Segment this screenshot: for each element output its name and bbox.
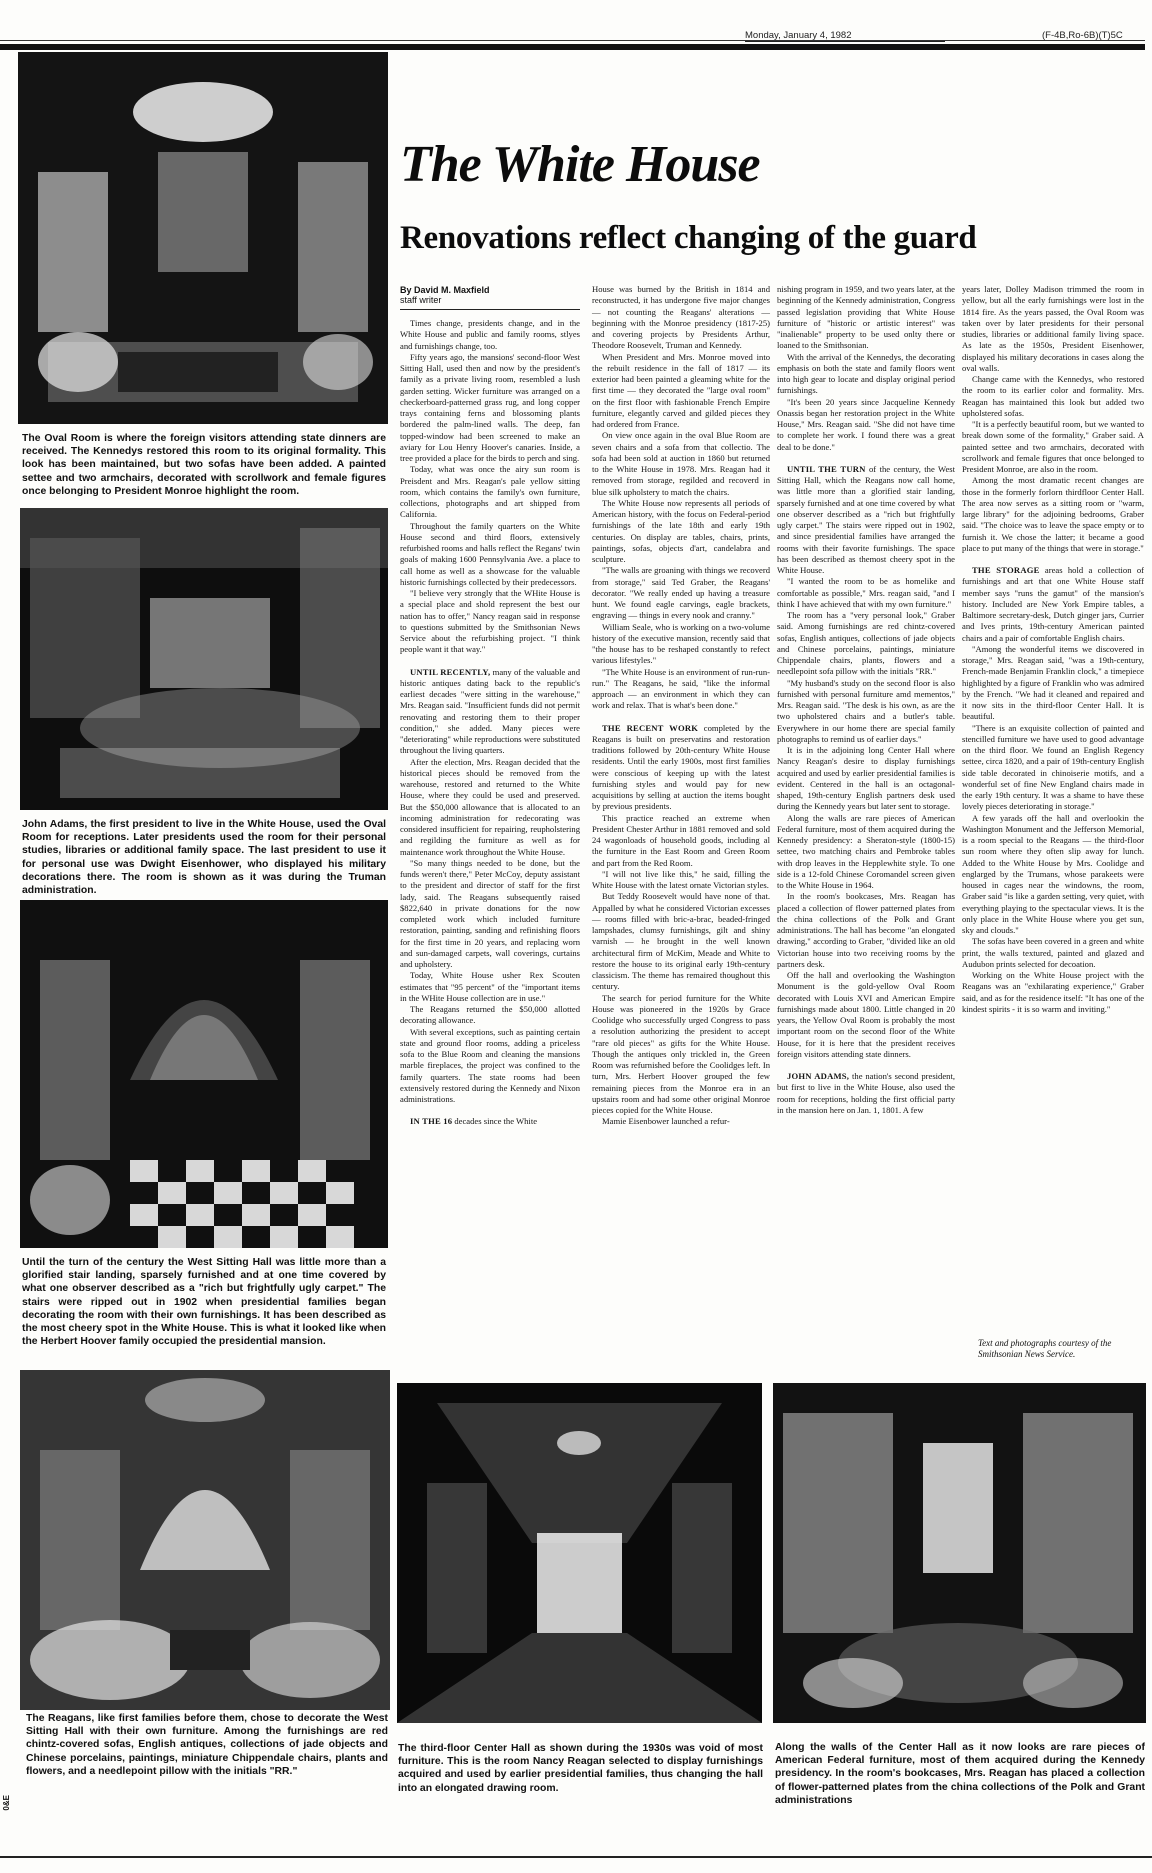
paragraph-text: After the election, Mrs. Reagan decided … bbox=[400, 757, 580, 857]
paragraph-text: Today, White House usher Rex Scouten est… bbox=[400, 970, 580, 1003]
article-paragraph: Today, White House usher Rex Scouten est… bbox=[400, 970, 580, 1004]
article-paragraph: The room has a "very personal look," Gra… bbox=[777, 610, 955, 678]
article-paragraph: JOHN ADAMS, the nation's second presiden… bbox=[777, 1071, 955, 1116]
article-paragraph: William Seale, who is working on a two-v… bbox=[592, 622, 770, 667]
masthead: Monday, January 4, 1982 (F-4B,Ro-6B)(T)5… bbox=[0, 0, 1152, 52]
article-paragraph: "Among the wonderful items we discovered… bbox=[962, 644, 1144, 723]
article-column-4: years later, Dolley Madison trimmed the … bbox=[962, 284, 1144, 1015]
article-paragraph: "It is a perfectly beautiful room, but w… bbox=[962, 419, 1144, 475]
paragraph-text: Today, what was once the airy sun room i… bbox=[400, 464, 580, 519]
article-paragraph: House was burned by the British in 1814 … bbox=[592, 284, 770, 352]
photo-oval-room-now-image bbox=[18, 52, 388, 424]
side-mark: 0&E bbox=[2, 1795, 11, 1811]
article-paragraph: Throughout the family quarters on the Wh… bbox=[400, 521, 580, 589]
article-paragraph: Off the hall and overlooking the Washing… bbox=[777, 970, 955, 1060]
article-paragraph: UNTIL RECENTLY, many of the valuable and… bbox=[400, 667, 580, 757]
caption-west-sitting-hall-reagan: The Reagans, like first families before … bbox=[26, 1712, 388, 1778]
photo-west-sitting-hall-hoover bbox=[20, 900, 388, 1248]
paragraph-text: House was burned by the British in 1814 … bbox=[592, 284, 770, 350]
article-paragraph: THE STORAGE areas hold a collection of f… bbox=[962, 565, 1144, 644]
bottom-rule bbox=[0, 1856, 1152, 1858]
paragraph-text: In the room's bookcases, Mrs. Reagan has… bbox=[777, 891, 955, 969]
article-paragraph: Working on the White House project with … bbox=[962, 970, 1144, 1015]
section-lead-in: UNTIL RECENTLY, bbox=[410, 667, 490, 677]
deck: Renovations reflect changing of the guar… bbox=[400, 220, 976, 257]
article-paragraph: With several exceptions, such as paintin… bbox=[400, 1027, 580, 1106]
paragraph-text: The search for period furniture for the … bbox=[592, 993, 770, 1116]
byline: By David M. Maxfield staff writer bbox=[400, 285, 580, 310]
caption-oval-room-truman: John Adams, the first president to live … bbox=[22, 818, 386, 897]
caption-oval-room-now: The Oval Room is where the foreign visit… bbox=[22, 432, 386, 498]
paragraph-text: "It is a perfectly beautiful room, but w… bbox=[962, 419, 1144, 474]
article-paragraph: After the election, Mrs. Reagan decided … bbox=[400, 757, 580, 858]
article-paragraph: It is in the adjoining long Center Hall … bbox=[777, 745, 955, 813]
paragraph-text: "My husband's study on the second floor … bbox=[777, 678, 955, 744]
section-lead-in: JOHN ADAMS, bbox=[787, 1071, 849, 1081]
paragraph-text: On view once again in the oval Blue Room… bbox=[592, 430, 770, 496]
photo-center-hall-now-image bbox=[773, 1383, 1146, 1723]
byline-role: staff writer bbox=[400, 295, 441, 305]
photo-oval-room-truman-image bbox=[20, 508, 388, 810]
article-paragraph: Mamie Eisenbower launched a refur- bbox=[592, 1116, 770, 1127]
caption-center-hall-now: Along the walls of the Center Hall as it… bbox=[775, 1741, 1145, 1807]
paragraph-text: Mamie Eisenbower launched a refur- bbox=[602, 1116, 730, 1126]
article-paragraph: A few yarads off the hall and overlookin… bbox=[962, 813, 1144, 937]
article-paragraph: This practice reached an extreme when Pr… bbox=[592, 813, 770, 869]
paragraph-text: The Reagans returned the $50,000 allotte… bbox=[400, 1004, 580, 1025]
paragraph-text: years later, Dolley Madison trimmed the … bbox=[962, 284, 1144, 373]
paragraph-text: When President and Mrs. Monroe moved int… bbox=[592, 352, 770, 430]
paragraph-text: Off the hall and overlooking the Washing… bbox=[777, 970, 955, 1059]
article-paragraph: "My husband's study on the second floor … bbox=[777, 678, 955, 746]
article-paragraph: "The walls are groaning with things we r… bbox=[592, 565, 770, 621]
article-paragraph: "I will not live like this," he said, fi… bbox=[592, 869, 770, 892]
paragraph-text: "I wanted the room to be as homelike and… bbox=[777, 576, 955, 609]
paragraph-text: With several exceptions, such as paintin… bbox=[400, 1027, 580, 1105]
masthead-rule bbox=[0, 44, 1145, 50]
paragraph-text: "So many things needed to be done, but t… bbox=[400, 858, 580, 969]
photo-west-sitting-hall-reagan bbox=[20, 1370, 390, 1710]
article-paragraph: IN THE 16 decades since the White bbox=[400, 1116, 580, 1127]
page-id: (F-4B,Ro-6B)(T)5C bbox=[1042, 30, 1123, 41]
caption-center-hall-1930s: The third-floor Center Hall as shown dur… bbox=[398, 1742, 763, 1795]
paragraph-text: decades since the White bbox=[452, 1116, 537, 1126]
section-lead-in: THE STORAGE bbox=[972, 565, 1040, 575]
paragraph-text: A few yarads off the hall and overlookin… bbox=[962, 813, 1144, 936]
article-column-3: nishing program in 1959, and two years l… bbox=[777, 284, 955, 1116]
paragraph-text: Working on the White House project with … bbox=[962, 970, 1144, 1014]
paragraph-text: Times change, presidents change, and in … bbox=[400, 318, 580, 351]
paragraph-text: The sofas have been covered in a green a… bbox=[962, 936, 1144, 969]
article-paragraph: "I wanted the room to be as homelike and… bbox=[777, 576, 955, 610]
article-paragraph: "I believe very strongly that the WHite … bbox=[400, 588, 580, 656]
article-paragraph: nishing program in 1959, and two years l… bbox=[777, 284, 955, 352]
article-paragraph: THE RECENT WORK completed by the Reagans… bbox=[592, 723, 770, 813]
photo-center-hall-1930s bbox=[397, 1383, 762, 1723]
paragraph-text: Along the walls are rare pieces of Ameri… bbox=[777, 813, 955, 891]
article-paragraph: Change came with the Kennedys, who resto… bbox=[962, 374, 1144, 419]
article-paragraph: Along the walls are rare pieces of Ameri… bbox=[777, 813, 955, 892]
paragraph-text: "There is an exquisite collection of pai… bbox=[962, 723, 1144, 812]
photo-oval-room-now bbox=[18, 52, 388, 424]
article-paragraph: On view once again in the oval Blue Room… bbox=[592, 430, 770, 498]
article-paragraph: "So many things needed to be done, but t… bbox=[400, 858, 580, 971]
article-paragraph: But Teddy Roosevelt would have none of t… bbox=[592, 891, 770, 992]
paragraph-text: nishing program in 1959, and two years l… bbox=[777, 284, 955, 350]
photo-west-sitting-hall-reagan-image bbox=[20, 1370, 390, 1710]
dateline: Monday, January 4, 1982 bbox=[745, 30, 945, 42]
section-lead-in: IN THE 16 bbox=[410, 1116, 452, 1126]
paragraph-text: "The walls are groaning with things we r… bbox=[592, 565, 770, 620]
article-paragraph: "There is an exquisite collection of pai… bbox=[962, 723, 1144, 813]
paragraph-text: Change came with the Kennedys, who resto… bbox=[962, 374, 1144, 418]
article-paragraph: UNTIL THE TURN of the century, the West … bbox=[777, 464, 955, 577]
photo-center-hall-now bbox=[773, 1383, 1146, 1723]
paragraph-text: completed by the Reagans is built on pre… bbox=[592, 723, 770, 812]
article-paragraph: "It's been 20 years since Jacqueline Ken… bbox=[777, 397, 955, 453]
article-paragraph: When President and Mrs. Monroe moved int… bbox=[592, 352, 770, 431]
article-paragraph: Times change, presidents change, and in … bbox=[400, 318, 580, 352]
article-paragraph: The sofas have been covered in a green a… bbox=[962, 936, 1144, 970]
paragraph-text: Fifty years ago, the mansions' second-fl… bbox=[400, 352, 580, 463]
article-column-2: House was burned by the British in 1814 … bbox=[592, 284, 770, 1128]
photo-oval-room-truman bbox=[20, 508, 388, 810]
photo-center-hall-1930s-image bbox=[397, 1383, 762, 1723]
paragraph-text: The White House now represents all perio… bbox=[592, 498, 770, 564]
article-paragraph: With the arrival of the Kennedys, the de… bbox=[777, 352, 955, 397]
paragraph-text: But Teddy Roosevelt would have none of t… bbox=[592, 891, 770, 991]
paragraph-text: "I will not live like this," he said, fi… bbox=[592, 869, 770, 890]
paragraph-text: of the century, the West Sitting Hall, w… bbox=[777, 464, 955, 575]
article-paragraph: The search for period furniture for the … bbox=[592, 993, 770, 1117]
paragraph-text: With the arrival of the Kennedys, the de… bbox=[777, 352, 955, 396]
paragraph-text: areas hold a collection of furnishings a… bbox=[962, 565, 1144, 643]
article-paragraph: Fifty years ago, the mansions' second-fl… bbox=[400, 352, 580, 465]
paragraph-text: The room has a "very personal look," Gra… bbox=[777, 610, 955, 676]
paragraph-text: Throughout the family quarters on the Wh… bbox=[400, 521, 580, 587]
paragraph-text: "It's been 20 years since Jacqueline Ken… bbox=[777, 397, 955, 452]
paragraph-text: This practice reached an extreme when Pr… bbox=[592, 813, 770, 868]
section-lead-in: UNTIL THE TURN bbox=[787, 464, 866, 474]
article-paragraph: "The White House is an environment of ru… bbox=[592, 667, 770, 712]
article-paragraph: The Reagans returned the $50,000 allotte… bbox=[400, 1004, 580, 1027]
photo-west-sitting-hall-hoover-image bbox=[20, 900, 388, 1248]
article-paragraph: In the room's bookcases, Mrs. Reagan has… bbox=[777, 891, 955, 970]
paragraph-text: Among the most dramatic recent changes a… bbox=[962, 475, 1144, 553]
paragraph-text: many of the valuable and historic antiqu… bbox=[400, 667, 580, 756]
paragraph-text: "The White House is an environment of ru… bbox=[592, 667, 770, 711]
masthead-thin-rule bbox=[0, 40, 1145, 41]
paragraph-text: William Seale, who is working on a two-v… bbox=[592, 622, 770, 666]
article-paragraph: The White House now represents all perio… bbox=[592, 498, 770, 566]
caption-west-sitting-hall-hoover: Until the turn of the century the West S… bbox=[22, 1256, 386, 1348]
article-column-1: Times change, presidents change, and in … bbox=[400, 318, 580, 1128]
photo-credit: Text and photographs courtesy of the Smi… bbox=[978, 1338, 1148, 1360]
article-paragraph: Today, what was once the airy sun room i… bbox=[400, 464, 580, 520]
article-paragraph: Among the most dramatic recent changes a… bbox=[962, 475, 1144, 554]
section-lead-in: THE RECENT WORK bbox=[602, 723, 698, 733]
paragraph-text: "I believe very strongly that the WHite … bbox=[400, 588, 580, 654]
byline-name: By David M. Maxfield bbox=[400, 285, 580, 295]
headline: The White House bbox=[400, 135, 760, 194]
paragraph-text: "Among the wonderful items we discovered… bbox=[962, 644, 1144, 722]
paragraph-text: It is in the adjoining long Center Hall … bbox=[777, 745, 955, 811]
article-paragraph: years later, Dolley Madison trimmed the … bbox=[962, 284, 1144, 374]
